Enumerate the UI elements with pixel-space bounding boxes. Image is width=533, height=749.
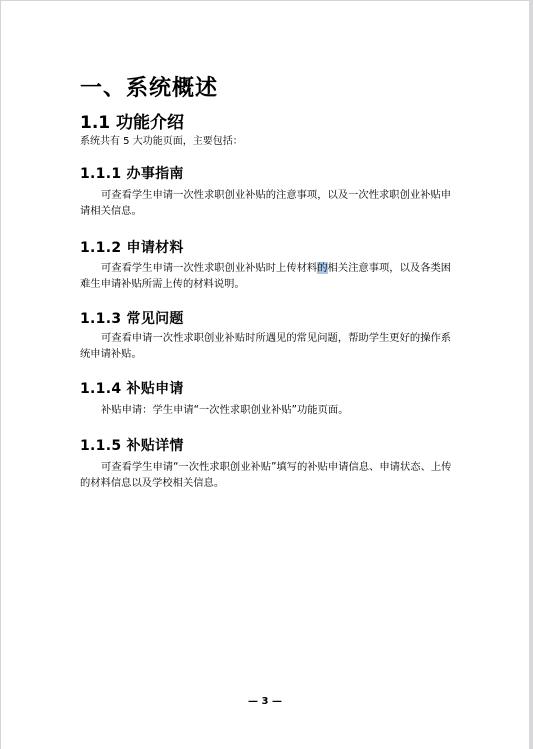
page-number: — 3 —	[1, 696, 529, 707]
subsection-title: 1.1.5 补贴详情	[80, 435, 184, 455]
scrollbar[interactable]	[529, 0, 533, 749]
section-title: 1.1 功能介绍	[80, 108, 184, 133]
subsection-title: 1.1.4 补贴申请	[80, 378, 184, 398]
text-selection[interactable]: 的	[317, 262, 327, 274]
subsection-title: 1.1.2 申请材料	[80, 237, 184, 257]
intro-text: 系统共有 5 大功能页面，主要包括：	[80, 132, 243, 147]
subsection-title: 1.1.1 办事指南	[80, 163, 184, 183]
subsection-body: 可查看申请一次性求职创业补贴时所遇见的常见问题，帮助学生更好的操作系统申请补贴。	[80, 330, 454, 362]
subsection-body: 可查看学生申请“一次性求职创业补贴”填写的补贴申请信息、申请状态、上传的材料信息…	[80, 459, 454, 491]
subsection-body: 补贴申请：学生申请“一次性求职创业补贴”功能页面。	[80, 402, 454, 418]
document-page: 一、系统概述 1.1 功能介绍 系统共有 5 大功能页面，主要包括： 1.1.1…	[1, 1, 529, 749]
subsection-body[interactable]: 可查看学生申请一次性求职创业补贴时上传材料的相关注意事项，以及各类困难生申请补贴…	[80, 260, 454, 292]
subsection-title: 1.1.3 常见问题	[80, 308, 184, 328]
body-text: 可查看学生申请一次性求职创业补贴时上传材料	[101, 262, 317, 274]
chapter-title: 一、系统概述	[80, 71, 218, 102]
subsection-body: 可查看学生申请一次性求职创业补贴的注意事项，以及一次性求职创业补贴申请相关信息。	[80, 187, 454, 219]
